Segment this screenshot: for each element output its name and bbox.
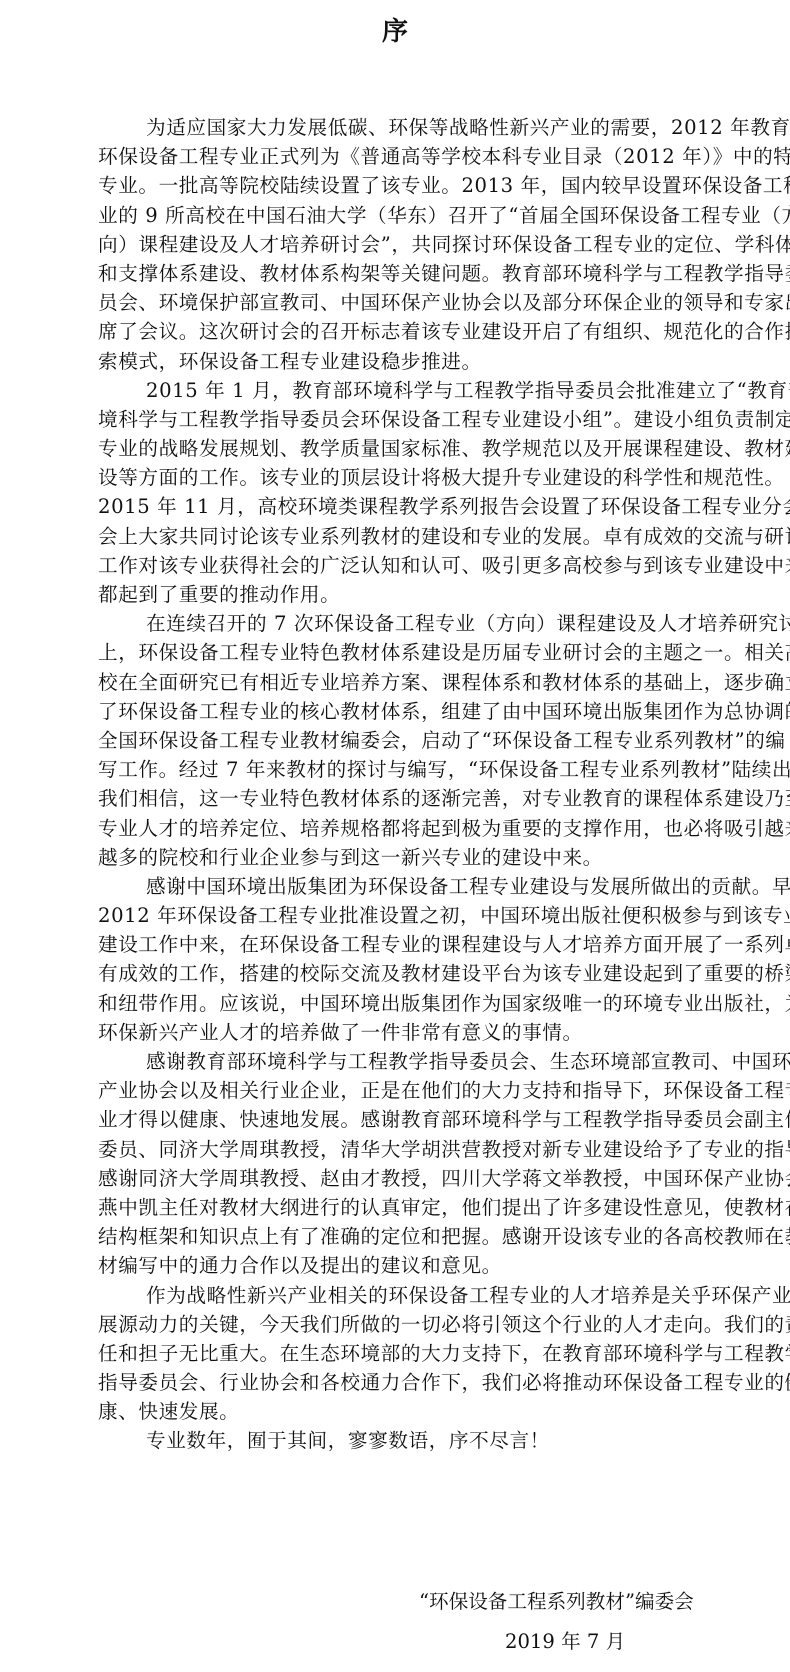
text-line: 专业人才的培养定位、培养规格都将起到极为重要的支撑作用，也必将吸引越来 <box>98 814 698 843</box>
signature-date: 2019 年 7 月 <box>505 1627 790 1656</box>
text-line: 境科学与工程教学指导委员会环保设备工程专业建设小组”。建设小组负责制定该 <box>98 405 698 434</box>
paragraph-2: 2015 年 1 月，教育部环境科学与工程教学指导委员会批准建立了“教育部环 境… <box>98 376 698 610</box>
text-line: 业的 9 所高校在中国石油大学（华东）召开了“首届全国环保设备工程专业（方 <box>98 201 698 230</box>
text-line: 结构框架和知识点上有了准确的定位和把握。感谢开设该专业的各高校教师在教 <box>98 1222 698 1251</box>
text-line: 索模式，环保设备工程专业建设稳步推进。 <box>98 347 698 376</box>
text-line: 都起到了重要的推动作用。 <box>98 580 698 609</box>
paragraph-4: 感谢中国环境出版集团为环保设备工程专业建设与发展所做出的贡献。早在 2012 年… <box>98 872 698 1047</box>
text-line: 材编写中的通力合作以及提出的建议和意见。 <box>98 1251 698 1280</box>
text-line: 产业协会以及相关行业企业，正是在他们的大力支持和指导下，环保设备工程专 <box>98 1076 698 1105</box>
text-line: 员会、环境保护部宣教司、中国环保产业协会以及部分环保企业的领导和专家出 <box>98 288 698 317</box>
text-line: 环保设备工程专业正式列为《普通高等学校本科专业目录（2012 年）》中的特色 <box>98 142 698 171</box>
text-line: 在连续召开的 7 次环保设备工程专业（方向）课程建设及人才培养研究讨会 <box>98 609 698 638</box>
text-line: 向）课程建设及人才培养研讨会”，共同探讨环保设备工程专业的定位、学科体系 <box>98 230 698 259</box>
text-line: 业才得以健康、快速地发展。感谢教育部环境科学与工程教学指导委员会副主任 <box>98 1105 698 1134</box>
preface-body: 为适应国家大力发展低碳、环保等战略性新兴产业的需要，2012 年教育部将 环保设… <box>98 113 698 1456</box>
text-line: 和支撑体系建设、教材体系构架等关键问题。教育部环境科学与工程教学指导委 <box>98 259 698 288</box>
signature-organization: “环保设备工程系列教材”编委会 <box>419 1587 790 1616</box>
paragraph-5: 感谢教育部环境科学与工程教学指导委员会、生态环境部宣教司、中国环保 产业协会以及… <box>98 1047 698 1281</box>
text-line: 写工作。经过 7 年来教材的探讨与编写，“环保设备工程专业系列教材”陆续出版。 <box>98 755 698 784</box>
text-line: 专业的战略发展规划、教学质量国家标准、教学规范以及开展课程建设、教材建 <box>98 434 698 463</box>
text-line: 和纽带作用。应该说，中国环境出版集团作为国家级唯一的环境专业出版社，为 <box>98 989 698 1018</box>
text-line: 委员、同济大学周琪教授，清华大学胡洪营教授对新专业建设给予了专业的指导。 <box>98 1135 698 1164</box>
text-line: 上，环保设备工程专业特色教材体系建设是历届专业研讨会的主题之一。相关高 <box>98 638 698 667</box>
text-line: 感谢教育部环境科学与工程教学指导委员会、生态环境部宣教司、中国环保 <box>98 1047 698 1076</box>
text-line: 专业数年，囿于其间，寥寥数语，序不尽言！ <box>98 1426 698 1455</box>
text-line: 建设工作中来，在环保设备工程专业的课程建设与人才培养方面开展了一系列卓 <box>98 930 698 959</box>
text-line: 了环保设备工程专业的核心教材体系，组建了由中国环境出版集团作为总协调的 <box>98 697 698 726</box>
text-line: 作为战略性新兴产业相关的环保设备工程专业的人才培养是关乎环保产业发 <box>98 1281 698 1310</box>
text-line: 专业。一批高等院校陆续设置了该专业。2013 年，国内较早设置环保设备工程专 <box>98 171 698 200</box>
text-line: 校在全面研究已有相近专业培养方案、课程体系和教材体系的基础上，逐步确立 <box>98 668 698 697</box>
text-line: 席了会议。这次研讨会的召开标志着该专业建设开启了有组织、规范化的合作探 <box>98 317 698 346</box>
text-line: 感谢同济大学周琪教授、赵由才教授，四川大学蒋文举教授，中国环保产业协会 <box>98 1164 698 1193</box>
text-line: 有成效的工作，搭建的校际交流及教材建设平台为该专业建设起到了重要的桥梁 <box>98 959 698 988</box>
paragraph-7: 专业数年，囿于其间，寥寥数语，序不尽言！ <box>98 1426 698 1455</box>
text-line: 指导委员会、行业协会和各校通力合作下，我们必将推动环保设备工程专业的健 <box>98 1368 698 1397</box>
text-line: 2012 年环保设备工程专业批准设置之初，中国环境出版社便积极参与到该专业的 <box>98 901 698 930</box>
text-line: 为适应国家大力发展低碳、环保等战略性新兴产业的需要，2012 年教育部将 <box>98 113 698 142</box>
page-title: 序 <box>0 14 790 50</box>
text-line: 全国环保设备工程专业教材编委会，启动了“环保设备工程专业系列教材”的编 <box>98 726 698 755</box>
text-line: 2015 年 1 月，教育部环境科学与工程教学指导委员会批准建立了“教育部环 <box>98 376 698 405</box>
text-line: 环保新兴产业人才的培养做了一件非常有意义的事情。 <box>98 1018 698 1047</box>
text-line: 会上大家共同讨论该专业系列教材的建设和专业的发展。卓有成效的交流与研讨 <box>98 522 698 551</box>
text-line: 工作对该专业获得社会的广泛认知和认可、吸引更多高校参与到该专业建设中来 <box>98 551 698 580</box>
text-line: 我们相信，这一专业特色教材体系的逐渐完善，对专业教育的课程体系建设乃至 <box>98 784 698 813</box>
text-line: 康、快速发展。 <box>98 1397 698 1426</box>
paragraph-3: 在连续召开的 7 次环保设备工程专业（方向）课程建设及人才培养研究讨会 上，环保… <box>98 609 698 872</box>
text-line: 展源动力的关键，今天我们所做的一切必将引领这个行业的人才走向。我们的责 <box>98 1310 698 1339</box>
text-line: 设等方面的工作。该专业的顶层设计将极大提升专业建设的科学性和规范性。 <box>98 463 698 492</box>
text-line: 越多的院校和行业企业参与到这一新兴专业的建设中来。 <box>98 843 698 872</box>
text-line: 燕中凯主任对教材大纲进行的认真审定，他们提出了许多建设性意见，使教材在 <box>98 1193 698 1222</box>
paragraph-1: 为适应国家大力发展低碳、环保等战略性新兴产业的需要，2012 年教育部将 环保设… <box>98 113 698 376</box>
text-line: 2015 年 11 月，高校环境类课程教学系列报告会设置了环保设备工程专业分会场… <box>98 492 698 521</box>
text-line: 任和担子无比重大。在生态环境部的大力支持下，在教育部环境科学与工程教学 <box>98 1339 698 1368</box>
text-line: 感谢中国环境出版集团为环保设备工程专业建设与发展所做出的贡献。早在 <box>98 872 698 901</box>
paragraph-6: 作为战略性新兴产业相关的环保设备工程专业的人才培养是关乎环保产业发 展源动力的关… <box>98 1281 698 1427</box>
